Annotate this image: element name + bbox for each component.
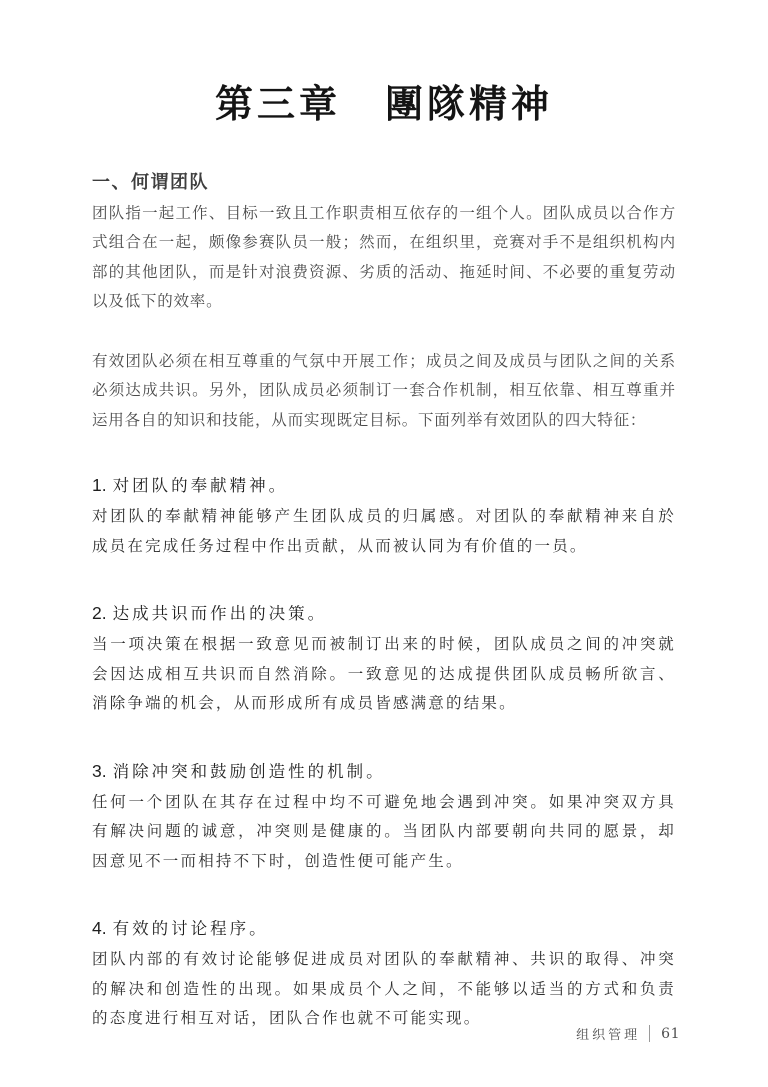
feature-title-4: 有效的讨论程序。 [113, 919, 269, 938]
feature-item-4: 4.有效的讨论程序。 团队内部的有效讨论能够促进成员对团队的奉献精神、共识的取得… [92, 916, 676, 1034]
intro-paragraph-1: 团队指一起工作、目标一致且工作职责相互依存的一组个人。团队成员以合作方式组合在一… [92, 199, 676, 317]
feature-title-2: 达成共识而作出的决策。 [113, 604, 328, 623]
page-number: 61 [661, 1026, 680, 1042]
feature-item-2: 2.达成共识而作出的决策。 当一项决策在根据一致意见而被制订出来的时候，团队成员… [92, 601, 676, 719]
page-footer: 组织管理 61 [576, 1024, 680, 1043]
feature-title-1: 对团队的奉献精神。 [113, 476, 289, 495]
document-page: 第三章團隊精神 一、何谓团队 团队指一起工作、目标一致且工作职责相互依存的一组个… [0, 0, 768, 1087]
intro-paragraph-2: 有效团队必须在相互尊重的气氛中开展工作；成员之间及成员与团队之间的关系必须达成共… [92, 347, 676, 436]
feature-body-4: 团队内部的有效讨论能够促进成员对团队的奉献精神、共识的取得、冲突的解决和创造性的… [92, 945, 676, 1034]
feature-number-4: 4. [92, 918, 107, 938]
feature-body-2: 当一项决策在根据一致意见而被制订出来的时候，团队成员之间的冲突就会因达成相互共识… [92, 630, 676, 719]
chapter-number: 第三章 [215, 84, 341, 126]
feature-number-2: 2. [92, 603, 107, 623]
feature-body-1: 对团队的奉献精神能够产生团队成员的归属感。对团队的奉献精神来自於成员在完成任务过… [92, 502, 676, 561]
feature-number-3: 3. [92, 761, 107, 781]
feature-title-3: 消除冲突和鼓励创造性的机制。 [113, 762, 386, 781]
feature-heading-3: 3.消除冲突和鼓励创造性的机制。 [92, 759, 676, 784]
feature-number-1: 1. [92, 475, 107, 495]
feature-heading-2: 2.达成共识而作出的决策。 [92, 601, 676, 626]
feature-item-1: 1.对团队的奉献精神。 对团队的奉献精神能够产生团队成员的归属感。对团队的奉献精… [92, 473, 676, 561]
footer-divider [649, 1025, 650, 1042]
chapter-name: 團隊精神 [385, 84, 553, 126]
feature-heading-4: 4.有效的讨论程序。 [92, 916, 676, 941]
page-content: 第三章團隊精神 一、何谓团队 团队指一起工作、目标一致且工作职责相互依存的一组个… [0, 0, 768, 1034]
section-heading: 一、何谓团队 [92, 170, 676, 194]
chapter-title: 第三章團隊精神 [92, 0, 676, 130]
feature-heading-1: 1.对团队的奉献精神。 [92, 473, 676, 498]
footer-section-label: 组织管理 [576, 1024, 640, 1043]
feature-body-3: 任何一个团队在其存在过程中均不可避免地会遇到冲突。如果冲突双方具有解决问题的诚意… [92, 788, 676, 877]
feature-item-3: 3.消除冲突和鼓励创造性的机制。 任何一个团队在其存在过程中均不可避免地会遇到冲… [92, 759, 676, 877]
